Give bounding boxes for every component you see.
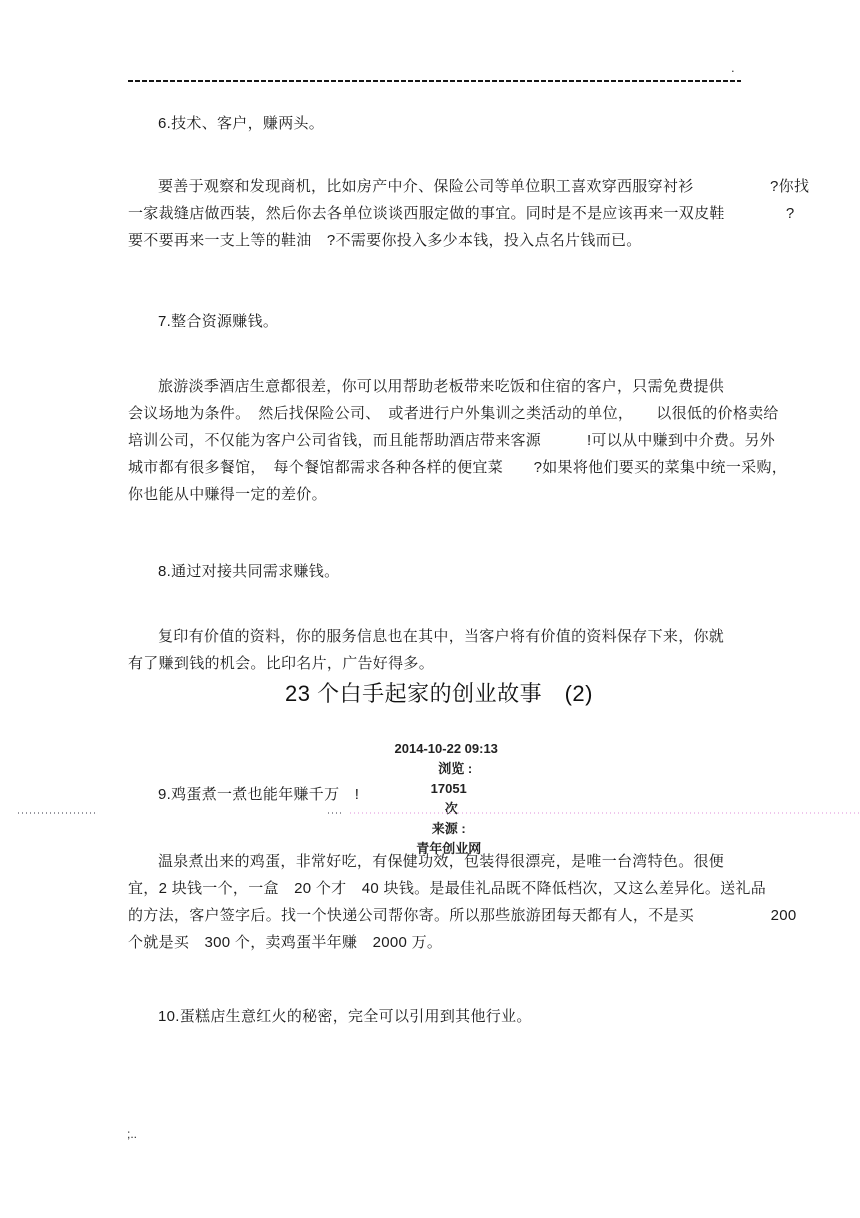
dotted-underline-right [350, 812, 860, 814]
paragraph-line: 的方法，客户签字后。找一个快递公司帮你寄。所以那些旅游团每天都有人，不是买 20… [128, 902, 750, 929]
paragraph-line: 一家裁缝店做西装，然后你去各单位谈谈西服定做的事宜。同时是不是应该再来一双皮鞋 … [128, 200, 750, 227]
paragraph-line: 要不要再来一支上等的鞋油 ?不需要你投入多少本钱，投入点名片钱而已。 [128, 227, 750, 254]
stray-period-mark: . [731, 60, 735, 75]
dotted-underline-left [18, 812, 98, 814]
story-8-paragraph: 复印有价值的资料，你的服务信息也在其中，当客户将有价值的资料保存下来，你就 有了… [128, 623, 750, 677]
end-mark: ;.. [127, 1128, 137, 1140]
story-9-heading-block: 9.鸡蛋煮一煮也能年赚千万 ! [128, 781, 750, 808]
story-9-heading: 9.鸡蛋煮一煮也能年赚千万 ! [128, 781, 750, 808]
story-6-heading: 6.技术、客户，赚两头。 [128, 110, 750, 137]
story-10-heading: 10.蛋糕店生意红火的秘密，完全可以引用到其他行业。 [128, 1003, 750, 1030]
story-6-paragraph: 要善于观察和发现商机，比如房产中介、保险公司等单位职工喜欢穿西服穿衬衫 ?你找 … [128, 173, 750, 254]
story-9-paragraph: 温泉煮出来的鸡蛋，非常好吃，有保健功效，包装得很漂亮，是唯一台湾特色。很便 宜，… [128, 848, 750, 956]
story-7-paragraph: 旅游淡季酒店生意都很差，你可以用帮助老板带来吃饭和住宿的客户，只需免费提供 会议… [128, 373, 750, 508]
paragraph-line: 会议场地为条件。 然后找保险公司、 或者进行户外集训之类活动的单位， 以很低的价… [128, 400, 750, 427]
views-label: 浏览 : [438, 761, 472, 776]
paragraph-line: 个就是买 300 个，卖鸡蛋半年赚 2000 万。 [128, 929, 750, 956]
dotted-underline-middle [328, 812, 344, 814]
story-7-heading: 7.整合资源赚钱。 [128, 308, 750, 335]
paragraph-line: 有了赚到钱的机会。比印名片，广告好得多。 [128, 650, 750, 677]
story-10-heading-block: 10.蛋糕店生意红火的秘密，完全可以引用到其他行业。 [128, 1003, 750, 1030]
paragraph-line: 复印有价值的资料，你的服务信息也在其中，当客户将有价值的资料保存下来，你就 [128, 623, 750, 650]
story-7-heading-block: 7.整合资源赚钱。 [128, 308, 750, 335]
document-page: . 6.技术、客户，赚两头。 要善于观察和发现商机，比如房产中介、保险公司等单位… [0, 0, 860, 1218]
source-label: 来源 : [432, 821, 466, 836]
paragraph-line: 你也能从中赚得一定的差价。 [128, 481, 750, 508]
article-date: 2014-10-22 09:13 [395, 741, 498, 756]
paragraph-line: 宜，2 块钱一个，一盒 20 个才 40 块钱。是最佳礼品既不降低档次，又这么差… [128, 875, 750, 902]
paragraph-line: 培训公司，不仅能为客户公司省钱，而且能帮助酒店带来客源 !可以从中赚到中介费。另… [128, 427, 750, 454]
story-6-heading-block: 6.技术、客户，赚两头。 [128, 110, 750, 137]
paragraph-line: 温泉煮出来的鸡蛋，非常好吃，有保健功效，包装得很漂亮，是唯一台湾特色。很便 [128, 848, 750, 875]
story-8-heading-block: 8.通过对接共同需求赚钱。 [128, 558, 750, 585]
story-8-heading: 8.通过对接共同需求赚钱。 [128, 558, 750, 585]
paragraph-line: 要善于观察和发现商机，比如房产中介、保险公司等单位职工喜欢穿西服穿衬衫 ?你找 [128, 173, 750, 200]
paragraph-line: 旅游淡季酒店生意都很差，你可以用帮助老板带来吃饭和住宿的客户，只需免费提供 [128, 373, 750, 400]
paragraph-line: 城市都有很多餐馆， 每个餐馆都需求各种各样的便宜菜 ?如果将他们要买的菜集中统一… [128, 454, 750, 481]
article-title: 23 个白手起家的创业故事 (2) [128, 679, 750, 709]
top-divider-rule [128, 80, 741, 82]
